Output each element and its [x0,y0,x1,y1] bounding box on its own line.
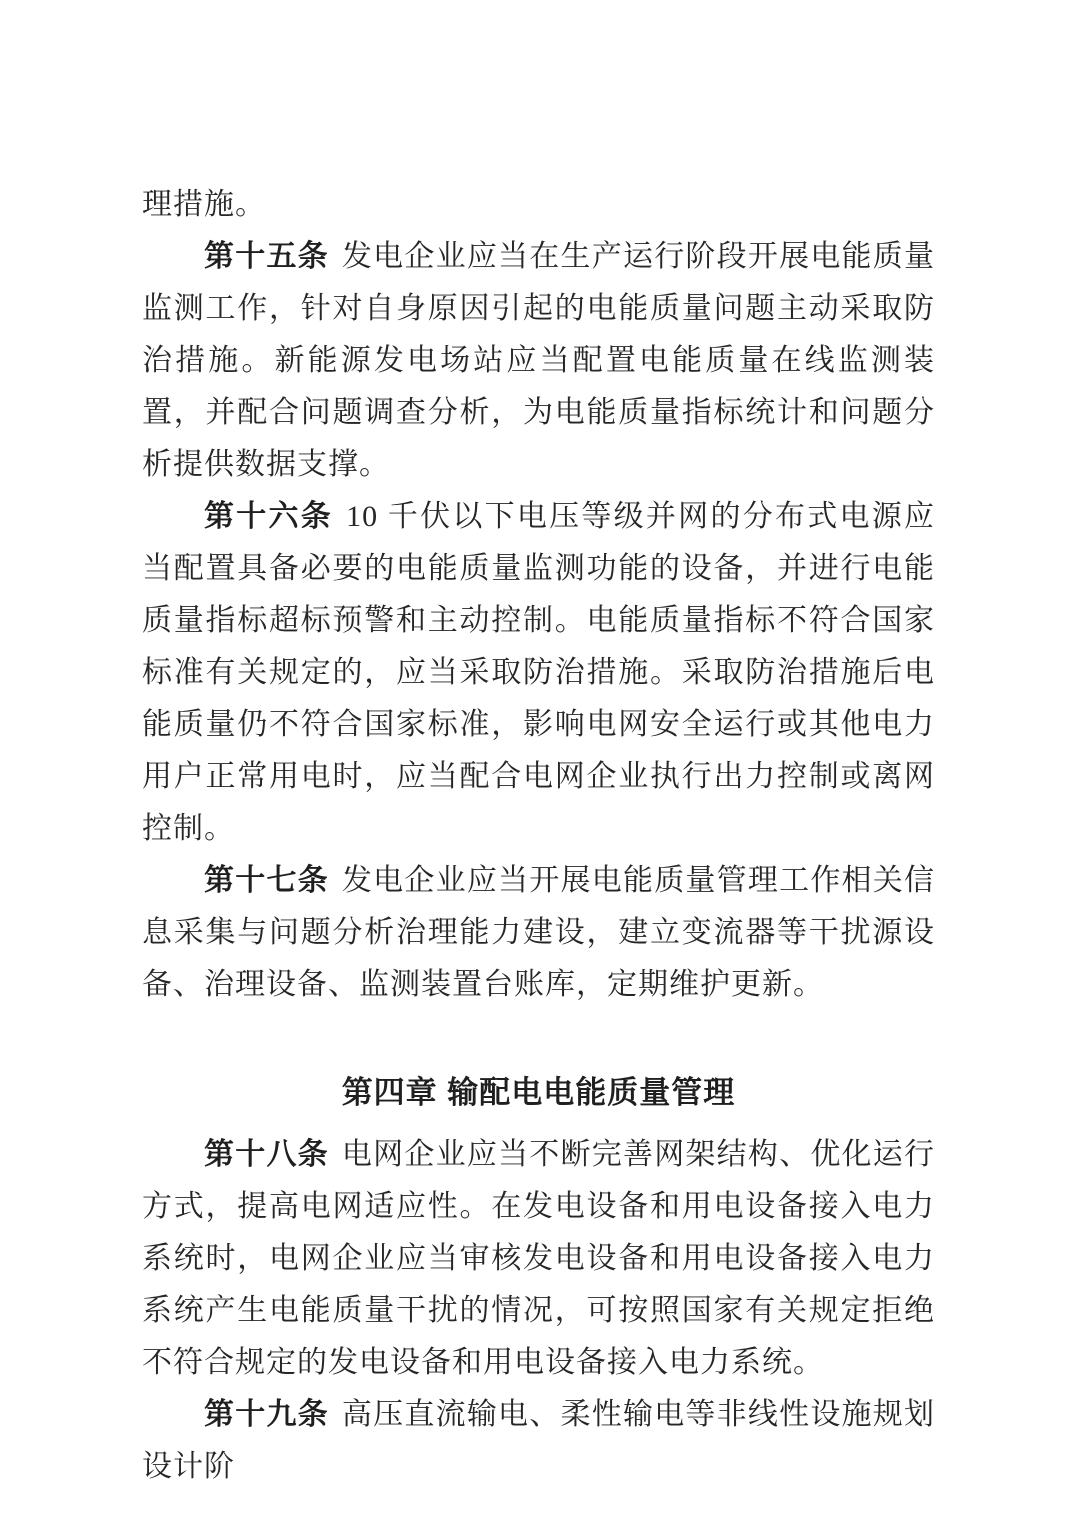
article-15-label: 第十五条 [204,240,329,273]
article-19-label: 第十九条 [204,1398,329,1431]
article-15-text: 发电企业应当在生产运行阶段开展电能质量监测工作，针对自身原因引起的电能质量问题主… [142,240,935,481]
paragraph-article-16: 第十六条10 千伏以下电压等级并网的分布式电源应当配置具备必要的电能质量监测功能… [142,491,935,855]
document-page: 理措施。 第十五条发电企业应当在生产运行阶段开展电能质量监测工作，针对自身原因引… [0,0,1080,1528]
document-body: 理措施。 第十五条发电企业应当在生产运行阶段开展电能质量监测工作，针对自身原因引… [142,179,935,1493]
paragraph-article-18: 第十八条电网企业应当不断完善网架结构、优化运行方式，提高电网适应性。在发电设备和… [142,1129,935,1389]
article-16-label: 第十六条 [204,500,333,533]
paragraph-article-19: 第十九条高压直流输电、柔性输电等非线性设施规划设计阶 [142,1389,935,1493]
article-18-label: 第十八条 [204,1138,329,1171]
paragraph-article-17: 第十七条发电企业应当开展电能质量管理工作相关信息采集与问题分析治理能力建设，建立… [142,855,935,1011]
article-17-label: 第十七条 [204,864,329,897]
paragraph-continuation: 理措施。 [142,179,935,231]
paragraph-continuation-text: 理措施。 [142,188,266,221]
article-18-text: 电网企业应当不断完善网架结构、优化运行方式，提高电网适应性。在发电设备和用电设备… [142,1138,935,1379]
paragraph-article-15: 第十五条发电企业应当在生产运行阶段开展电能质量监测工作，针对自身原因引起的电能质… [142,231,935,491]
article-16-text: 10 千伏以下电压等级并网的分布式电源应当配置具备必要的电能质量监测功能的设备，… [142,500,935,845]
chapter-4-heading: 第四章 输配电电能质量管理 [142,1067,935,1119]
